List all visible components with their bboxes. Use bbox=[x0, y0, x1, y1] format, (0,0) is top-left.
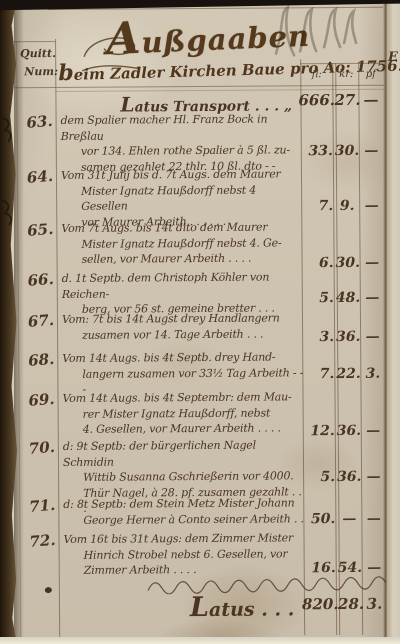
entry-line: Vom 14t Augs. bis 4t Septb. drey Hand- bbox=[62, 349, 304, 366]
entry-line: vor 134. Ehlen rothe Spalier à 5 ßl. zu- bbox=[81, 142, 303, 159]
entry-line: d: 8t Septb: dem Stein Metz Mister Johan… bbox=[63, 495, 305, 512]
amount-fl: 12. bbox=[301, 423, 335, 439]
amount-pf: — bbox=[359, 198, 384, 214]
amount-fl: 50. bbox=[301, 511, 335, 527]
receipt-number: 72. bbox=[21, 531, 56, 552]
amount-fl: 5. bbox=[300, 290, 334, 306]
receipt-number: 68. bbox=[20, 350, 55, 371]
entry-text: dem Spalier macher Hl. Franz Bock in Bre… bbox=[61, 111, 303, 175]
entry-text: Vom 14t Augs. bis 4t Septembr: dem Mau- … bbox=[62, 389, 304, 437]
amount-kr: 36. bbox=[337, 469, 361, 485]
amount-kr: 30. bbox=[336, 255, 360, 271]
entry-line: Hinrich Strobel nebst 6. Gesellen, vor bbox=[84, 546, 306, 563]
currency-col-header: pf bbox=[358, 69, 383, 80]
amount-pf: — bbox=[361, 511, 386, 527]
amount-kr: 22. bbox=[336, 366, 360, 382]
edge-marks bbox=[0, 0, 18, 644]
entry-line: Wittib Susanna Gschrießerin vor 4000. bbox=[83, 468, 305, 485]
entry-line: Vom: 7t bis 14t Augst drey Handlangern bbox=[62, 310, 304, 327]
amount-kr: — bbox=[337, 511, 361, 527]
receipt-number: 66. bbox=[19, 270, 54, 291]
amount-pf: — bbox=[360, 255, 385, 271]
entry-line: Vom 31t Julij bis d. 7t Augs. dem Maurer bbox=[61, 166, 303, 183]
amount-fl: 3. bbox=[300, 329, 334, 345]
entry-line: Vom 7t Augs. bis 14t dito dem Maurer bbox=[61, 219, 303, 236]
amount-fl: 7. bbox=[299, 198, 333, 214]
ink-blot bbox=[45, 587, 52, 593]
receipt-number: 69. bbox=[20, 390, 55, 411]
entry-line: Mister Ignatz Haußdorff nebst 4. Ge- bbox=[81, 235, 303, 252]
latus-amount-kr: 28. bbox=[338, 595, 362, 613]
amount-fl: 6. bbox=[300, 255, 334, 271]
receipt-number: 70. bbox=[20, 438, 55, 459]
entry-line: dem Spalier macher Hl. Franz Bock in Bre… bbox=[61, 111, 303, 144]
amount-pf: — bbox=[360, 290, 385, 306]
transport-amount-fl: 666. bbox=[298, 91, 332, 109]
latus-amount-pf: 3. bbox=[362, 595, 387, 613]
entry-line: Vom 16t bis 31t Augs: dem Zimmer Mister bbox=[63, 530, 305, 547]
receipt-number: 67. bbox=[19, 311, 54, 332]
entry-text: Vom: 7t bis 14t Augst drey Handlangern z… bbox=[62, 310, 304, 343]
entry-line: Mister Ignatz Haußdorff nebst 4 Gesellen bbox=[81, 182, 303, 215]
next-page-letter: E bbox=[388, 50, 398, 65]
amount-kr: 36. bbox=[336, 329, 360, 345]
receipt-col-header: Num: bbox=[24, 65, 58, 78]
ink-smudge bbox=[248, 1, 363, 60]
amount-fl: 7. bbox=[300, 366, 334, 382]
transport-amount-kr: 27. bbox=[334, 91, 358, 109]
amount-pf: — bbox=[359, 143, 384, 159]
amount-pf: — bbox=[360, 329, 385, 345]
amount-fl: 33. bbox=[299, 143, 333, 159]
receipt-number: 71. bbox=[21, 496, 56, 517]
amount-kr: 30. bbox=[335, 143, 359, 159]
entry-line: Vom 14t Augs. bis 4t Septembr: dem Mau- bbox=[62, 389, 304, 406]
latus-amount-fl: 820. bbox=[302, 595, 336, 613]
ledger-content: Außgaaben beim Zadler Kirchen Baue pro A… bbox=[0, 0, 400, 644]
scan-bottom-strip bbox=[0, 637, 400, 644]
entry-line: d. 1t Septb. dem Christoph Köhler von Re… bbox=[62, 269, 304, 302]
ledger-page-photo: Außgaaben beim Zadler Kirchen Baue pro A… bbox=[0, 0, 400, 644]
entry-line: rer Mister Ignatz Haußdorff, nebst bbox=[83, 405, 305, 422]
entry-line: sellen, vor Maurer Arbeith . . . . bbox=[82, 250, 304, 267]
amount-kr: 36. bbox=[337, 423, 361, 439]
amount-pf: 3. bbox=[360, 366, 385, 382]
receipt-col-header: Quitt. bbox=[20, 47, 56, 60]
amount-fl: 5. bbox=[301, 469, 335, 485]
currency-col-header: kr: bbox=[334, 69, 358, 80]
currency-col-header: fl: bbox=[301, 69, 332, 80]
receipt-number: 65. bbox=[19, 220, 54, 241]
entry-line: 4. Gesellen, vor Maurer Arbeith . . . . bbox=[83, 420, 305, 437]
amount-pf: — bbox=[361, 469, 386, 485]
amount-kr: 9. bbox=[335, 198, 359, 214]
latus-label: Latus . . . bbox=[190, 591, 294, 623]
transport-amount-pf: — bbox=[358, 91, 383, 109]
amount-kr: 48. bbox=[336, 290, 360, 306]
amount-pf: — bbox=[361, 423, 386, 439]
entry-line: zusamen vor 14. Tage Arbeith . . . bbox=[82, 326, 304, 343]
entry-text: Vom 7t Augs. bis 14t dito dem Maurer Mis… bbox=[61, 219, 303, 267]
entry-line: d: 9t Septb: der bürgerlichen Nagel Schm… bbox=[63, 437, 305, 470]
